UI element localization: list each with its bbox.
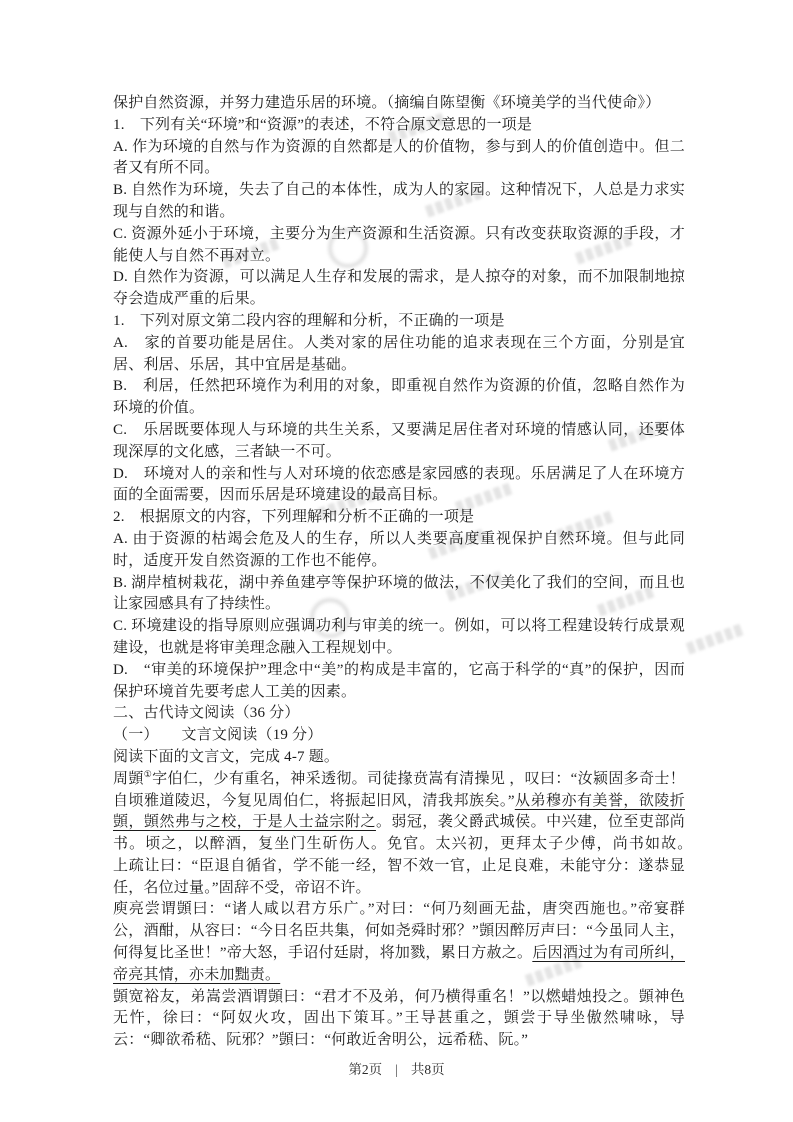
paragraph: 顗宽裕友，弟嵩尝酒谓顗曰：“君才不及弟，何乃横得重名！”以燃蜡烛投之。顗神色无忤… — [113, 987, 685, 1052]
paragraph: 二、古代诗文阅读（36 分） — [113, 703, 685, 725]
text-run: A. 作为环境的自然与作为资源的自然都是人的价值物，参与到人的价值创造中。但二者… — [113, 139, 685, 177]
paragraph: 周顗①字伯仁，少有重名，神采透彻。司徒掾贲嵩有清操见 ，叹曰：“汝颍固多奇士！自… — [113, 769, 685, 900]
paragraph: B. 利居，任然把环境作为利用的对象，即重视自然作为资源的价值，忽略自然作为环境… — [113, 376, 685, 420]
text-run: B. 湖岸植树栽花，湖中养鱼建亭等保护环境的做法，不仅美化了我们的空间，而且也让… — [113, 575, 685, 613]
paragraph: 1. 下列对原文第二段内容的理解和分析，不正确的一项是 — [113, 311, 685, 333]
text-run: 阅读下面的文言文，完成 4-7 题。 — [113, 749, 339, 765]
text-run: 顗宽裕友，弟嵩尝酒谓顗曰：“君才不及弟，何乃横得重名！”以燃蜡烛投之。顗神色无忤… — [113, 989, 685, 1049]
document-body: 保护自然资源，并努力建造乐居的环境。（摘编自陈望衡《环境美学的当代使命》）1. … — [113, 93, 685, 1052]
paragraph: D. “审美的环境保护”理念中“美”的构成是丰富的，它高于科学的“真”的保护，因… — [113, 660, 685, 704]
text-run: 周顗 — [113, 771, 144, 787]
text-run: B. 自然作为环境，失去了自己的本体性，成为人的家园。这种情况下，人总是力求实现… — [113, 182, 685, 220]
text-run: A. 由于资源的枯竭会危及人的生存，所以人类要高度重视保护自然环境。但与此同时，… — [113, 531, 685, 569]
paragraph: C. 资源外延小于环境，主要分为生产资源和生活资源。只有改变获取资源的手段，才能… — [113, 224, 685, 268]
paragraph: 保护自然资源，并努力建造乐居的环境。（摘编自陈望衡《环境美学的当代使命》） — [113, 93, 685, 115]
text-run: 1. 下列对原文第二段内容的理解和分析，不正确的一项是 — [113, 313, 505, 329]
paragraph: C. 乐居既要体现人与环境的共生关系，又要满足居住者对环境的情感认同，还要体现深… — [113, 420, 685, 464]
footnote-marker: ① — [144, 769, 152, 779]
text-run: （一） 文言文阅读（19 分） — [113, 727, 322, 743]
paragraph: A. 由于资源的枯竭会危及人的生存，所以人类要高度重视保护自然环境。但与此同时，… — [113, 529, 685, 573]
text-run: D. “审美的环境保护”理念中“美”的构成是丰富的，它高于科学的“真”的保护，因… — [113, 662, 685, 700]
paragraph: （一） 文言文阅读（19 分） — [113, 725, 685, 747]
text-run: D. 环境对人的亲和性与人对环境的依恋感是家园感的表现。乐居满足了人在环境方面的… — [113, 466, 685, 504]
paragraph: 1. 下列有关“环境”和“资源”的表述，不符合原文意思的一项是 — [113, 115, 685, 137]
footer-page-number: 第2页 — [348, 1062, 382, 1077]
text-run: 保护自然资源，并努力建造乐居的环境。（摘编自陈望衡《环境美学的当代使命》） — [113, 95, 660, 111]
text-run: 1. 下列有关“环境”和“资源”的表述，不符合原文意思的一项是 — [113, 117, 532, 133]
paragraph: D. 自然作为资源，可以满足人生存和发展的需求，是人掠夺的对象，而不加限制地掠夺… — [113, 267, 685, 311]
text-run: A. 家的首要功能是居住。人类对家的居住功能的追求表现在三个方面，分别是宜居、利… — [113, 335, 685, 373]
footer-separator: | — [395, 1062, 398, 1078]
text-run: 二、古代诗文阅读（36 分） — [113, 705, 300, 721]
text-run: D. 自然作为资源，可以满足人生存和发展的需求，是人掠夺的对象，而不加限制地掠夺… — [113, 269, 685, 307]
exam-paper-page: 保护自然资源，并努力建造乐居的环境。（摘编自陈望衡《环境美学的当代使命》）1. … — [0, 0, 793, 1122]
text-run: C. 乐居既要体现人与环境的共生关系，又要满足居住者对环境的情感认同，还要体现深… — [113, 422, 685, 460]
page-footer: 第2页|共8页 — [0, 1058, 793, 1078]
footer-total-pages: 共8页 — [411, 1062, 445, 1077]
text-run: C. 资源外延小于环境，主要分为生产资源和生活资源。只有改变获取资源的手段，才能… — [113, 226, 685, 264]
text-run: C. 环境建设的指导原则应强调功利与审美的统一。例如，可以将工程建设转行成景观建… — [113, 618, 685, 656]
text-run: 2. 根据原文的内容，下列理解和分析不正确的一项是 — [113, 509, 474, 525]
paragraph: 2. 根据原文的内容，下列理解和分析不正确的一项是 — [113, 507, 685, 529]
paragraph: A. 家的首要功能是居住。人类对家的居住功能的追求表现在三个方面，分别是宜居、利… — [113, 333, 685, 377]
text-run: B. 利居，任然把环境作为利用的对象，即重视自然作为资源的价值，忽略自然作为环境… — [113, 378, 685, 416]
paragraph: B. 自然作为环境，失去了自己的本体性，成为人的家园。这种情况下，人总是力求实现… — [113, 180, 685, 224]
watermark-smudge — [686, 623, 745, 654]
paragraph: A. 作为环境的自然与作为资源的自然都是人的价值物，参与到人的价值创造中。但二者… — [113, 137, 685, 181]
paragraph: B. 湖岸植树栽花，湖中养鱼建亭等保护环境的做法，不仅美化了我们的空间，而且也让… — [113, 573, 685, 617]
paragraph: D. 环境对人的亲和性与人对环境的依恋感是家园感的表现。乐居满足了人在环境方面的… — [113, 464, 685, 508]
paragraph: 庾亮尝谓顗曰：“诸人咸以君方乐广。”对曰：“何乃刻画无盐，唐突西施也。”帝宴群公… — [113, 899, 685, 986]
paragraph: 阅读下面的文言文，完成 4-7 题。 — [113, 747, 685, 769]
paragraph: C. 环境建设的指导原则应强调功利与审美的统一。例如，可以将工程建设转行成景观建… — [113, 616, 685, 660]
